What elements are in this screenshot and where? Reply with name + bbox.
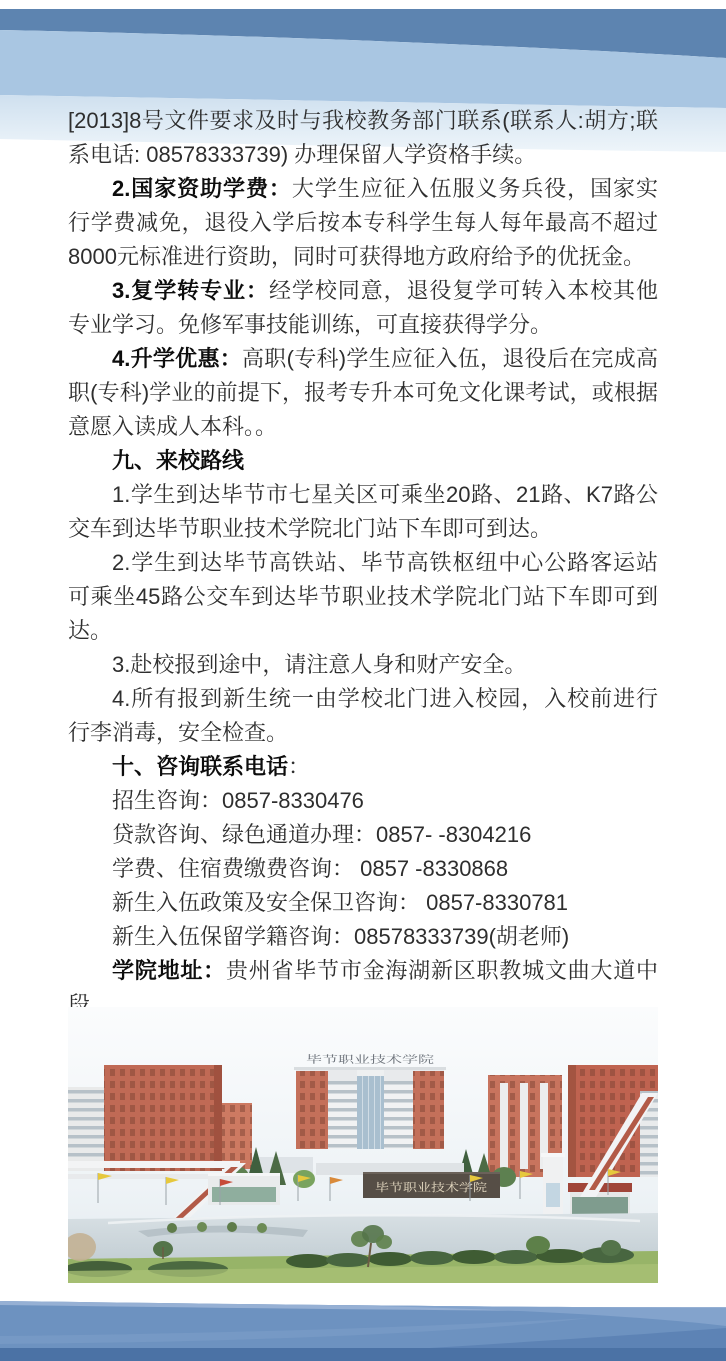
paragraph-keep-qualification: [2013]8号文件要求及时与我校教务部门联系(联系人:胡方;联系电话: 085… [68,104,658,172]
heading-text: 九、来校路线 [112,448,244,473]
contact-enlist-status: 新生入伍保留学籍咨询：08578333739(胡老师) [68,920,658,954]
paragraph-lead: 2.国家资助学费： [112,176,292,201]
contact-text: 贷款咨询、绿色通道办理：0857- -8304216 [112,822,531,847]
paragraph-text: 2.学生到达毕节高铁站、毕节高铁枢纽中心公路客运站可乘坐45路公交车到达毕节职业… [68,550,658,643]
contact-text: 招生咨询：0857-8330476 [112,788,364,813]
paragraph-route-2: 2.学生到达毕节高铁站、毕节高铁枢纽中心公路客运站可乘坐45路公交车到达毕节职业… [68,546,658,648]
footer-wave-decoration [0,1296,726,1361]
paragraph-route-1: 1.学生到达毕节市七星关区可乘坐20路、21路、K7路公交车到达毕节职业技术学院… [68,478,658,546]
paragraph-tuition-aid: 2.国家资助学费：大学生应征入伍服义务兵役，国家实行学费减免，退役入学后按本专科… [68,172,658,274]
contact-enlist-security: 新生入伍政策及安全保卫咨询： 0857-8330781 [68,886,658,920]
paragraph-further-study: 4.升学优惠：高职(专科)学生应征入伍，退役后在完成高职(专科)学业的前提下，报… [68,342,658,444]
document-body: [2013]8号文件要求及时与我校教务部门联系(联系人:胡方;联系电话: 085… [68,104,658,1022]
paragraph-text: 4.所有报到新生统一由学校北门进入校园，入校前进行行李消毒，安全检查。 [68,686,658,745]
heading-route: 九、来校路线 [68,444,658,478]
heading-text: 十、咨询联系电话 [112,754,288,779]
paragraph-text: 1.学生到达毕节市七星关区可乘坐20路、21路、K7路公交车到达毕节职业技术学院… [68,482,658,541]
page: [2013]8号文件要求及时与我校教务部门联系(联系人:胡方;联系电话: 085… [0,0,726,1361]
contact-text: 学费、住宿费缴费咨询： 0857 -8330868 [112,856,508,881]
paragraph-lead: 4.升学优惠： [112,346,242,371]
paragraph-resume-study: 3.复学转专业：经学校同意，退役复学可转入本校其他专业学习。免修军事技能训练，可… [68,274,658,342]
heading-contact: 十、咨询联系电话： [68,750,658,784]
contact-loan-green-channel: 贷款咨询、绿色通道办理：0857- -8304216 [68,818,658,852]
photo-main-building: 毕节职业技术学院 [294,1053,446,1149]
footer-band-dark-strip [0,1348,726,1361]
heading-colon: ： [288,754,310,779]
paragraph-lead: 学院地址： [112,958,226,983]
paragraph-route-4: 4.所有报到新生统一由学校北门进入校园，入校前进行行李消毒，安全检查。 [68,682,658,750]
contact-tuition-payment: 学费、住宿费缴费咨询： 0857 -8330868 [68,852,658,886]
contact-admissions: 招生咨询：0857-8330476 [68,784,658,818]
paragraph-text: 3.赴校报到途中，请注意人身和财产安全。 [112,652,526,677]
paragraph-route-3: 3.赴校报到途中，请注意人身和财产安全。 [68,648,658,682]
photo-rooftop-sign-text: 毕节职业技术学院 [306,1053,434,1066]
contact-text: 新生入伍政策及安全保卫咨询： 0857-8330781 [112,890,568,915]
paragraph-lead: 3.复学转专业： [112,278,269,303]
contact-text: 新生入伍保留学籍咨询：08578333739(胡老师) [112,924,569,949]
paragraph-text: [2013]8号文件要求及时与我校教务部门联系(联系人:胡方;联系电话: 085… [68,108,658,167]
campus-photo: 毕节职业技术学院 [68,1007,658,1283]
